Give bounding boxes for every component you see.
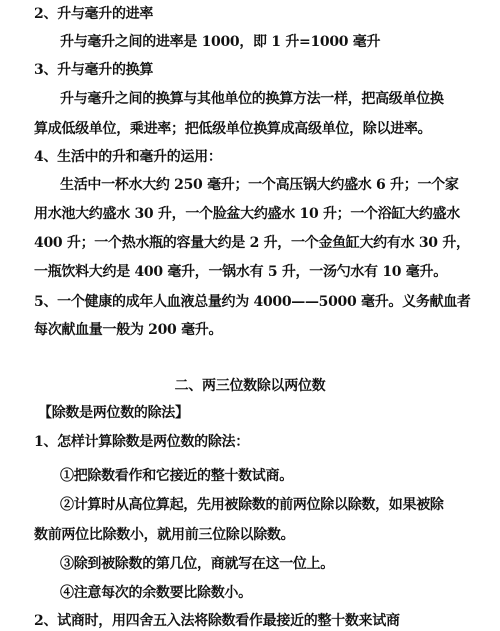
item-5-blood: 5、一个健康的成年人血液总量约为 4000——5000 毫升。义务献血者 <box>34 293 471 311</box>
paragraph-line: 升与毫升之间的换算与其他单位的换算方法一样，把高级单位换 <box>60 90 444 108</box>
paragraph-line: 用水池大约盛水 30 升，一个脸盆大约盛水 10 升；一个浴缸大约盛水 <box>34 205 460 223</box>
heading-3-huansuan: 3、升与毫升的换算 <box>34 61 153 79</box>
subsection-bracket-title: 【除数是两位数的除法】 <box>38 404 189 422</box>
step-2: ②计算时从高位算起，先用被除数的前两位除以除数，如果被除 <box>60 496 444 514</box>
paragraph-line: 一瓶饮料大约是 400 毫升，一锅水有 5 升，一汤勺水有 10 毫升。 <box>34 263 447 281</box>
paragraph-line: 400 升；一个热水瓶的容量大约是 2 升，一个金鱼缸大约有水 30 升， <box>34 234 470 252</box>
item-2-trial-quotient: 2、试商时，用四舍五入法将除数看作最接近的整十数来试商 <box>34 612 400 630</box>
section-title: 二、两三位数除以两位数 <box>0 377 500 395</box>
heading-4-yunyong: 4、生活中的升和毫升的运用： <box>34 148 222 166</box>
paragraph-line: 数前两位比除数小，就用前三位除以除数。 <box>34 526 294 544</box>
heading-2-jinlv: 2、升与毫升的进率 <box>34 5 153 23</box>
paragraph-line: 生活中一杯水大约 250 毫升；一个高压锅大约盛水 6 升；一个家 <box>60 176 459 194</box>
paragraph-line: 算成低级单位，乘进率；把低级单位换算成高级单位，除以进率。 <box>34 120 431 138</box>
step-4: ④注意每次的余数要比除数小。 <box>60 584 252 602</box>
step-1: ①把除数看作和它接近的整十数试商。 <box>60 467 293 485</box>
paragraph-line: 升与毫升之间的进率是 1000，即 1 升=1000 毫升 <box>60 33 380 51</box>
step-3: ③除到被除数的第几位，商就写在这一位上。 <box>60 555 334 573</box>
item-1-how-to-divide: 1、怎样计算除数是两位数的除法： <box>34 433 249 451</box>
paragraph-line: 每次献血量一般为 200 毫升。 <box>34 321 222 339</box>
